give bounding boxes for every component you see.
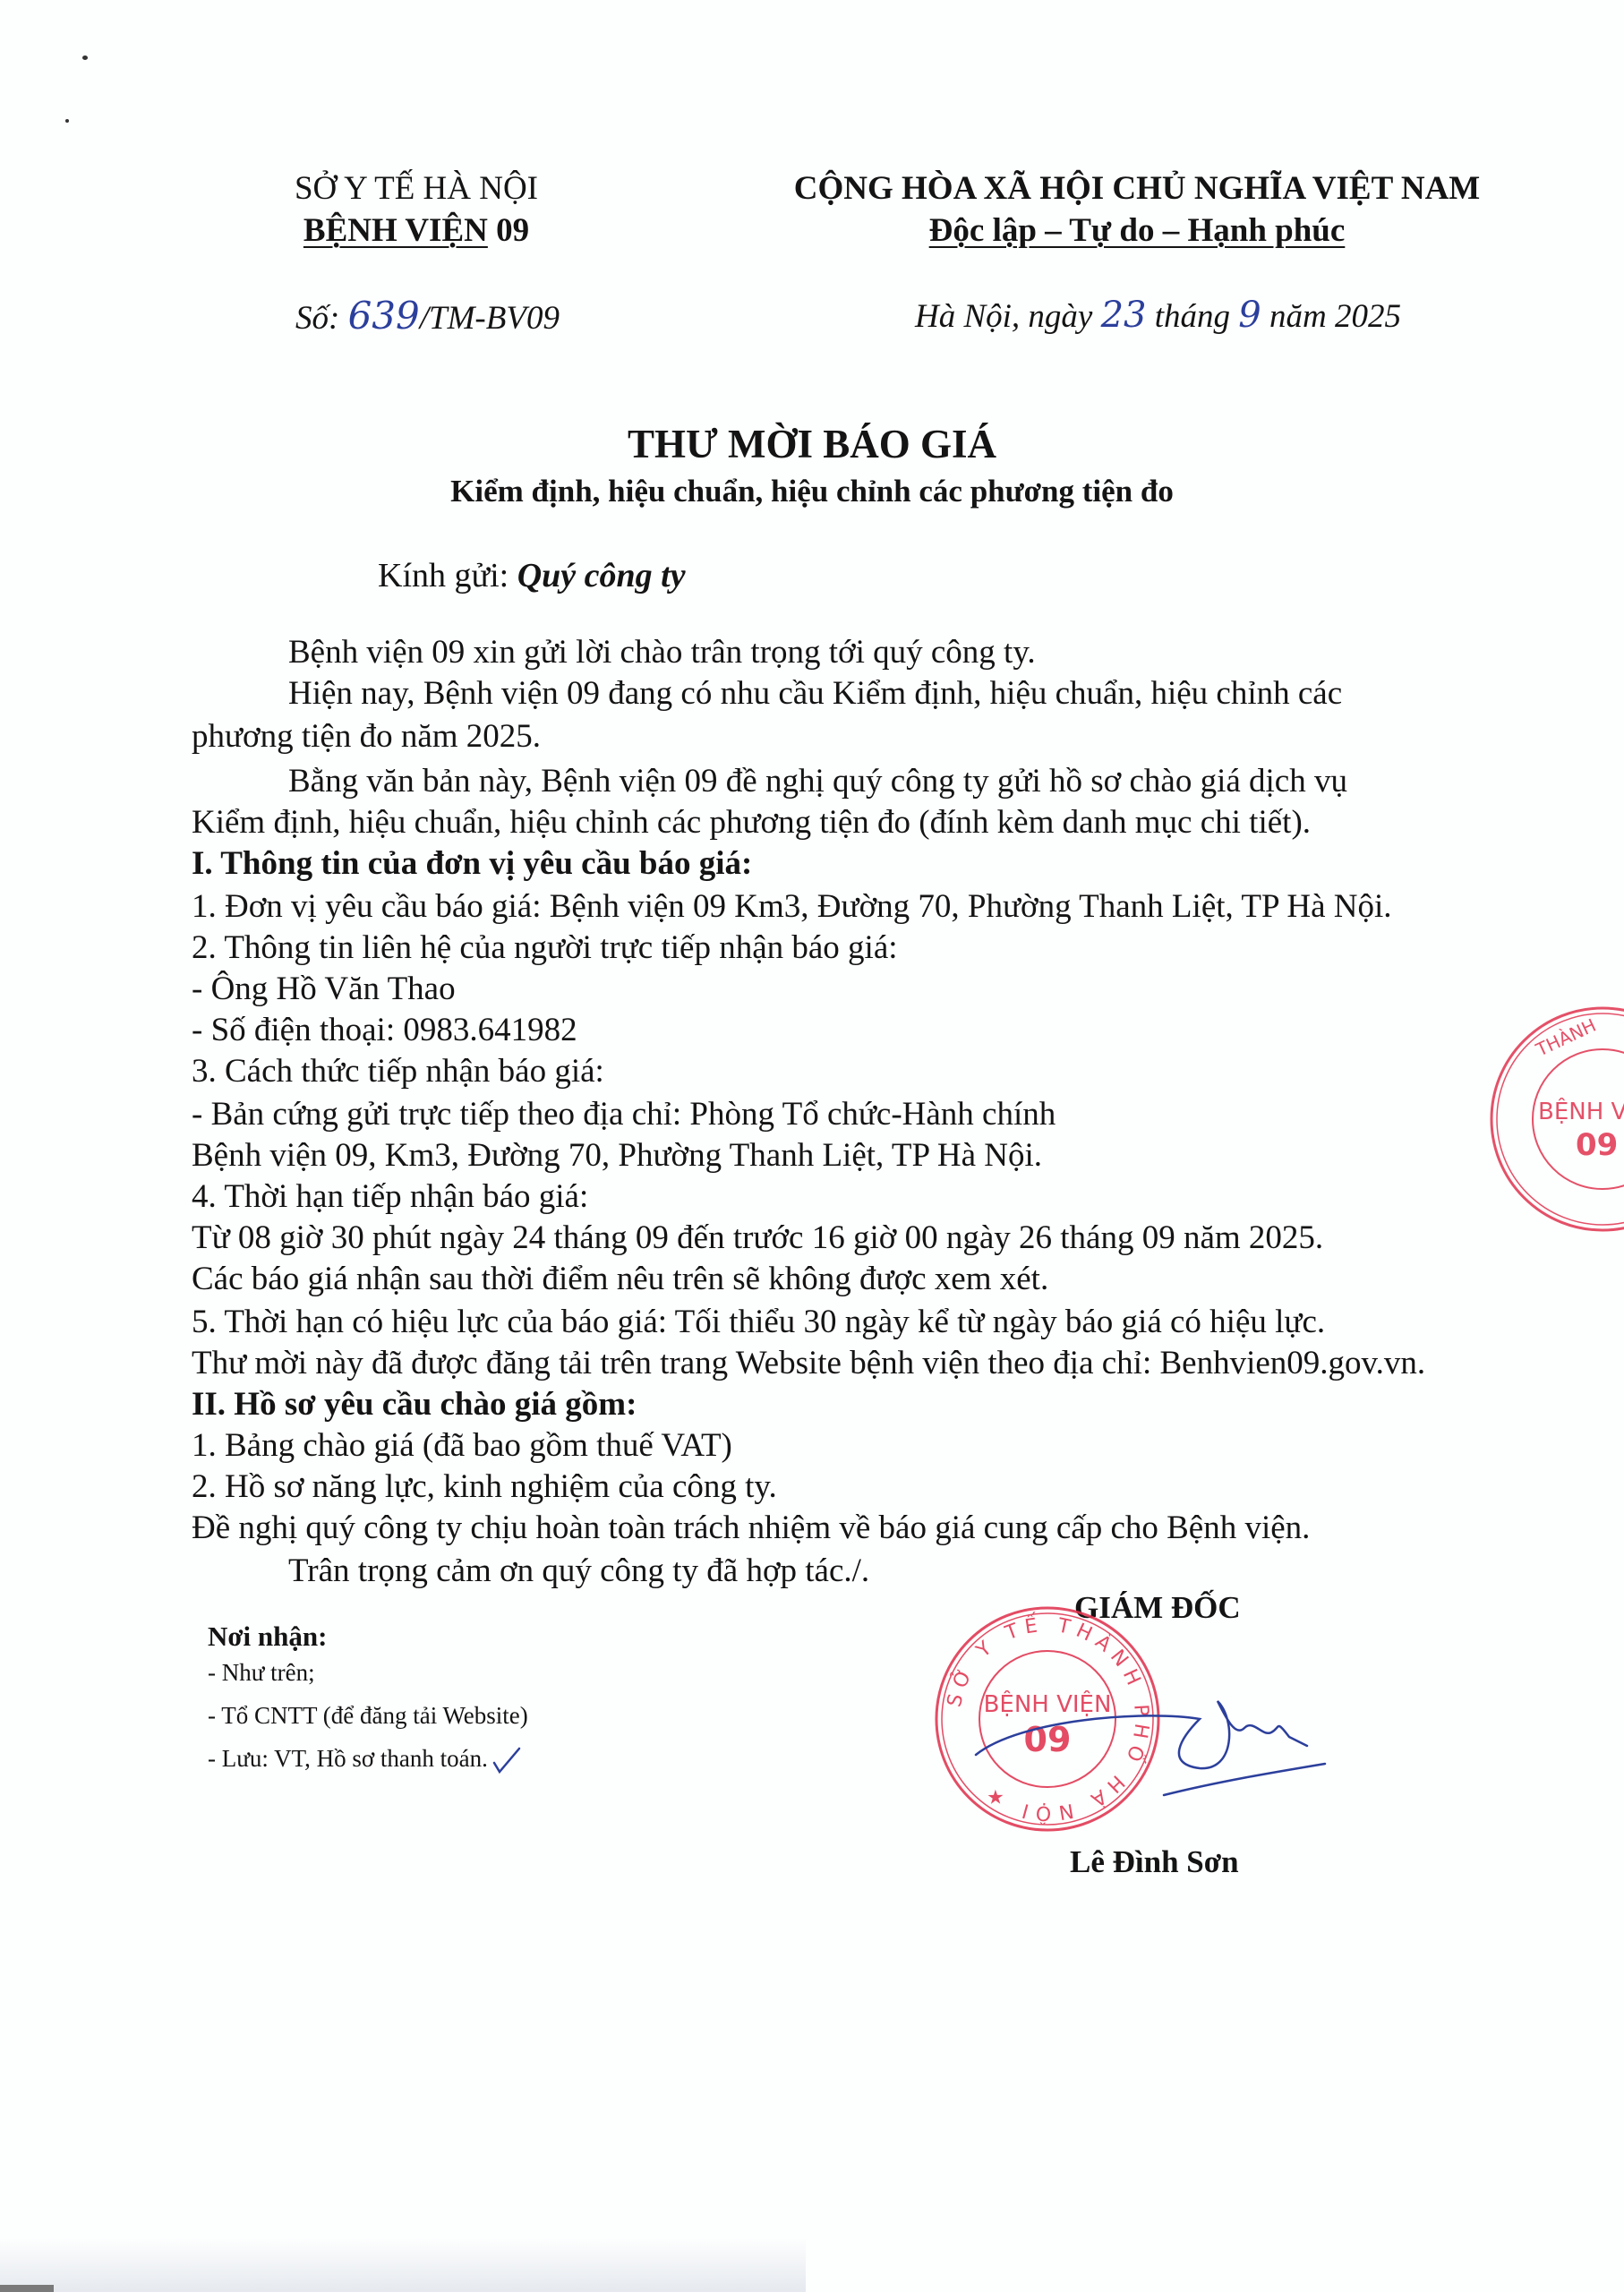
header-left: SỞ Y TẾ HÀ NỘI BỆNH VIỆN 09 [269,168,564,251]
section2-line: 2. Hồ sơ năng lực, kinh nghiệm của công … [192,1467,777,1507]
agency-name: SỞ Y TẾ HÀ NỘI [269,168,564,209]
section2-line: 1. Bảng chào giá (đã bao gồm thuế VAT) [192,1425,732,1466]
number-label: Số: [295,300,348,337]
unit-name-prefix: BỆNH VIỆN [303,212,488,249]
document-date: Hà Nội, ngày 23 tháng 9 năm 2025 [915,295,1401,337]
year-label: năm 2025 [1261,298,1401,335]
section1-line: Thư mời này đã được đăng tải trên trang … [192,1343,1425,1383]
signature-scribble [967,1665,1343,1826]
recipient-item: - Tổ CNTT (để đăng tải Website) [208,1698,528,1733]
salutation: Kính gửi: Quý công ty [378,555,686,596]
paragraph-need-line1: Hiện nay, Bệnh viện 09 đang có nhu cầu K… [288,673,1342,714]
document-number: Số: 639/TM-BV09 [295,295,560,338]
salutation-recipient: Quý công ty [517,557,686,594]
recipients-heading: Nơi nhận: [208,1619,528,1655]
checkmark-icon [491,1745,523,1777]
paragraph-request-line2: Kiểm định, hiệu chuẩn, hiệu chỉnh các ph… [192,802,1311,842]
paragraph-request-line1: Bằng văn bản này, Bệnh viện 09 đề nghị q… [288,761,1347,801]
section1-line: - Ông Hồ Văn Thao [192,969,456,1009]
section1-line: 5. Thời hạn có hiệu lực của báo giá: Tối… [192,1302,1325,1342]
recipient-item-text: - Lưu: VT, Hồ sơ thanh toán. [208,1745,488,1772]
section1-line: 4. Thời hạn tiếp nhận báo giá: [192,1176,588,1217]
number-suffix: /TM-BV09 [420,300,560,337]
signatory-name: Lê Đình Sơn [1070,1843,1239,1882]
section1-line: - Số điện thoại: 0983.641982 [192,1010,577,1050]
section1-heading: I. Thông tin của đơn vị yêu cầu báo giá: [192,843,752,884]
document-subtitle: Kiểm định, hiệu chuẩn, hiệu chỉnh các ph… [0,472,1624,511]
section1-line: Bệnh viện 09, Km3, Đường 70, Phường Than… [192,1135,1042,1176]
salutation-label: Kính gửi: [378,557,517,594]
date-prefix: Hà Nội, ngày [915,298,1101,335]
recipient-item: - Như trên; [208,1655,528,1690]
month-label: tháng [1147,298,1239,335]
svg-text:BỆNH V: BỆNH V [1538,1097,1624,1125]
motto: Độc lập – Tự do – Hạnh phúc [761,210,1513,251]
unit-name: BỆNH VIỆN 09 [269,210,564,251]
recipient-item: - Lưu: VT, Hồ sơ thanh toán. [208,1740,528,1777]
section1-line: 1. Đơn vị yêu cầu báo giá: Bệnh viện 09 … [192,886,1392,927]
motto-text: Độc lập – Tự do – Hạnh phúc [929,212,1346,249]
recipients-block: Nơi nhận: - Như trên; - Tổ CNTT (để đăng… [208,1619,528,1777]
handwritten-number: 639 [348,294,420,338]
svg-text:09: 09 [1576,1127,1618,1163]
section1-line: Các báo giá nhận sau thời điểm nêu trên … [192,1259,1048,1299]
section2-line: Đề nghị quý công ty chịu hoàn toàn trách… [192,1508,1310,1548]
svg-text:THÀNH: THÀNH [1532,1014,1599,1061]
paragraph-need-line2: phương tiện đo năm 2025. [192,716,541,757]
handwritten-month: 9 [1238,295,1261,336]
section1-line: 2. Thông tin liên hệ của người trực tiếp… [192,928,898,968]
closing-line: Trân trọng cảm ơn quý công ty đã hợp tác… [288,1551,869,1591]
paragraph-greeting: Bệnh viện 09 xin gửi lời chào trân trọng… [288,632,1036,672]
document-title: THƯ MỜI BÁO GIÁ [0,419,1624,469]
section1-line: 3. Cách thức tiếp nhận báo giá: [192,1051,604,1091]
edge-stamp: THÀNH BỆNH V 09 [1477,1003,1624,1236]
section1-line: - Bản cứng gửi trực tiếp theo địa chỉ: P… [192,1094,1056,1134]
scan-edge [0,2285,54,2292]
section1-line: Từ 08 giờ 30 phút ngày 24 tháng 09 đến t… [192,1218,1323,1258]
scan-speck [65,119,69,123]
section2-heading: II. Hồ sơ yêu cầu chào giá gồm: [192,1384,637,1424]
scan-shadow [0,2238,806,2292]
header-right: CỘNG HÒA XÃ HỘI CHỦ NGHĨA VIỆT NAM Độc l… [761,168,1513,251]
scan-speck [82,56,88,60]
handwritten-day: 23 [1101,295,1147,336]
national-title: CỘNG HÒA XÃ HỘI CHỦ NGHĨA VIỆT NAM [761,168,1513,209]
unit-name-suffix: 09 [488,212,529,249]
